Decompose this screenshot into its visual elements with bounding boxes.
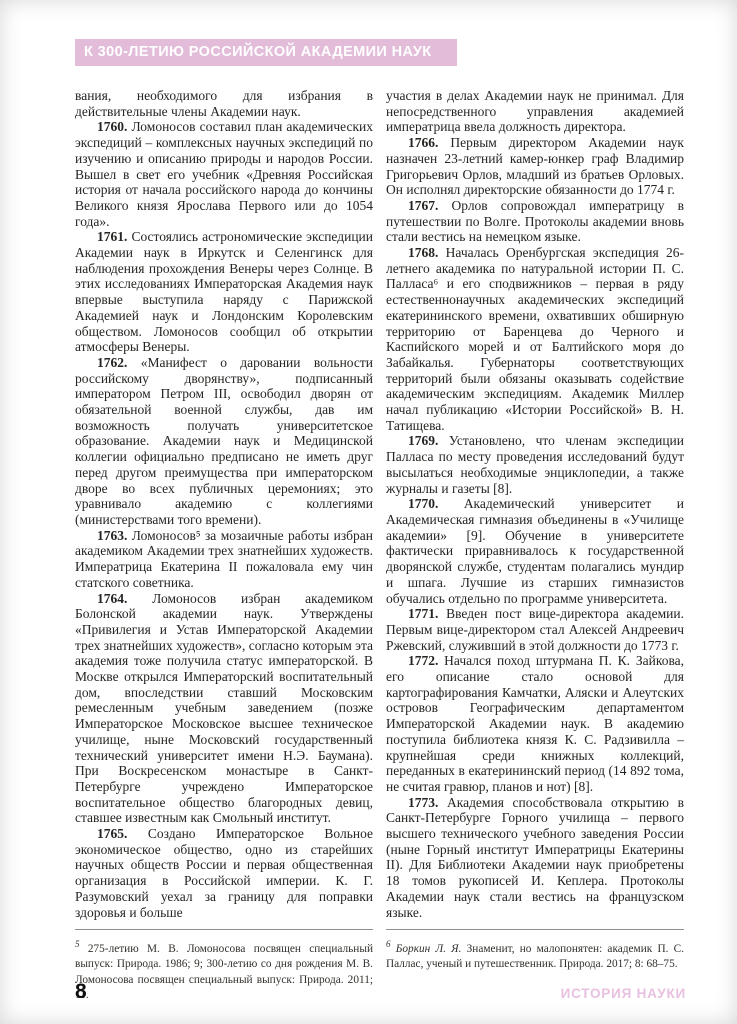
page-number: 8	[75, 980, 87, 1004]
page-footer: 8 ИСТОРИЯ НАУКИ	[75, 980, 686, 1004]
timeline-entry-1760: 1760. Ломоносов составил план академичес…	[75, 119, 373, 229]
entry-text: «Манифест о даровании вольности российск…	[75, 355, 373, 527]
entry-text: Ломоносов составил план академических эк…	[75, 119, 373, 228]
year-label: 1771.	[408, 606, 438, 621]
year-label: 1769.	[408, 433, 438, 448]
timeline-entry-1764: 1764. Ломоносов избран академиком Болонс…	[75, 591, 373, 827]
year-label: 1765.	[97, 826, 127, 841]
entry-text: Академия способствовала открытию в Санкт…	[386, 795, 684, 920]
article-body: вания, необходимого для избрания в дейст…	[75, 88, 685, 1003]
journal-page: К 300-ЛЕТИЮ РОССИЙСКОЙ АКАДЕМИИ НАУК ван…	[0, 0, 737, 1024]
entry-text: участия в делах Академии наук не принима…	[386, 88, 684, 134]
year-label: 1761.	[97, 229, 127, 244]
timeline-entry-1765: 1765. Создано Императорское Вольное экон…	[75, 826, 373, 920]
timeline-entry-1761: 1761. Состоялись астрономические экспеди…	[75, 229, 373, 355]
footnote-marker: 6	[386, 939, 391, 949]
year-label: 1766.	[408, 135, 438, 150]
timeline-entry-1762: 1762. «Манифест о даровании вольности ро…	[75, 355, 373, 528]
timeline-entry-1763: 1763. Ломоносов⁵ за мозаичные работы изб…	[75, 528, 373, 591]
footnote-marker: 5	[75, 939, 80, 949]
timeline-entry-1771: 1771. Введен пост вице-директора академи…	[386, 606, 684, 653]
year-label: 1770.	[408, 496, 438, 511]
timeline-entry-1767: 1767. Орлов сопровождал императрицу в пу…	[386, 198, 684, 245]
timeline-entry-1773: 1773. Академия способствовала открытию в…	[386, 795, 684, 921]
year-label: 1762.	[97, 355, 127, 370]
timeline-entry-1772: 1772. Начался поход штурмана П. К. Зайко…	[386, 653, 684, 794]
year-label: 1767.	[408, 198, 438, 213]
timeline-entry-1766: 1766. Первым директором Академии наук на…	[386, 135, 684, 198]
timeline-entry-1768: 1768. Началась Оренбургская экспедиция 2…	[386, 245, 684, 433]
footnote-6: 6 Боркин Л. Я. Знаменит, но малопонятен:…	[386, 929, 684, 972]
entry-text: вания, необходимого для избрания в дейст…	[75, 88, 373, 119]
section-label: ИСТОРИЯ НАУКИ	[561, 986, 686, 1001]
entry-text: Началась Оренбургская экспедиция 26-летн…	[386, 245, 684, 433]
footnote-author: Боркин Л. Я.	[396, 943, 462, 955]
year-label: 1773.	[408, 795, 438, 810]
section-banner: К 300-ЛЕТИЮ РОССИЙСКОЙ АКАДЕМИИ НАУК	[75, 39, 457, 66]
entry-text: Академический университет и Академическа…	[386, 496, 684, 605]
year-label: 1760.	[97, 119, 127, 134]
year-label: 1763.	[97, 528, 127, 543]
paragraph-continuation: вания, необходимого для избрания в дейст…	[75, 88, 373, 119]
entry-text: Ломоносов избран академиком Болонской ак…	[75, 591, 373, 826]
timeline-entry-1769: 1769. Установлено, что членам экспедиции…	[386, 433, 684, 496]
timeline-entry-1770: 1770. Академический университет и Академ…	[386, 496, 684, 606]
year-label: 1772.	[408, 653, 438, 668]
column-right: участия в делах Академии наук не принима…	[386, 88, 684, 1003]
column-left: вания, необходимого для избрания в дейст…	[75, 88, 373, 1003]
entry-text: Начался поход штурмана П. К. Зайкова, ег…	[386, 653, 684, 794]
entry-text: Состоялись астрономические экспедиции Ак…	[75, 229, 373, 354]
year-label: 1768.	[408, 245, 438, 260]
year-label: 1764.	[97, 591, 127, 606]
paragraph-continuation: участия в делах Академии наук не принима…	[386, 88, 684, 135]
